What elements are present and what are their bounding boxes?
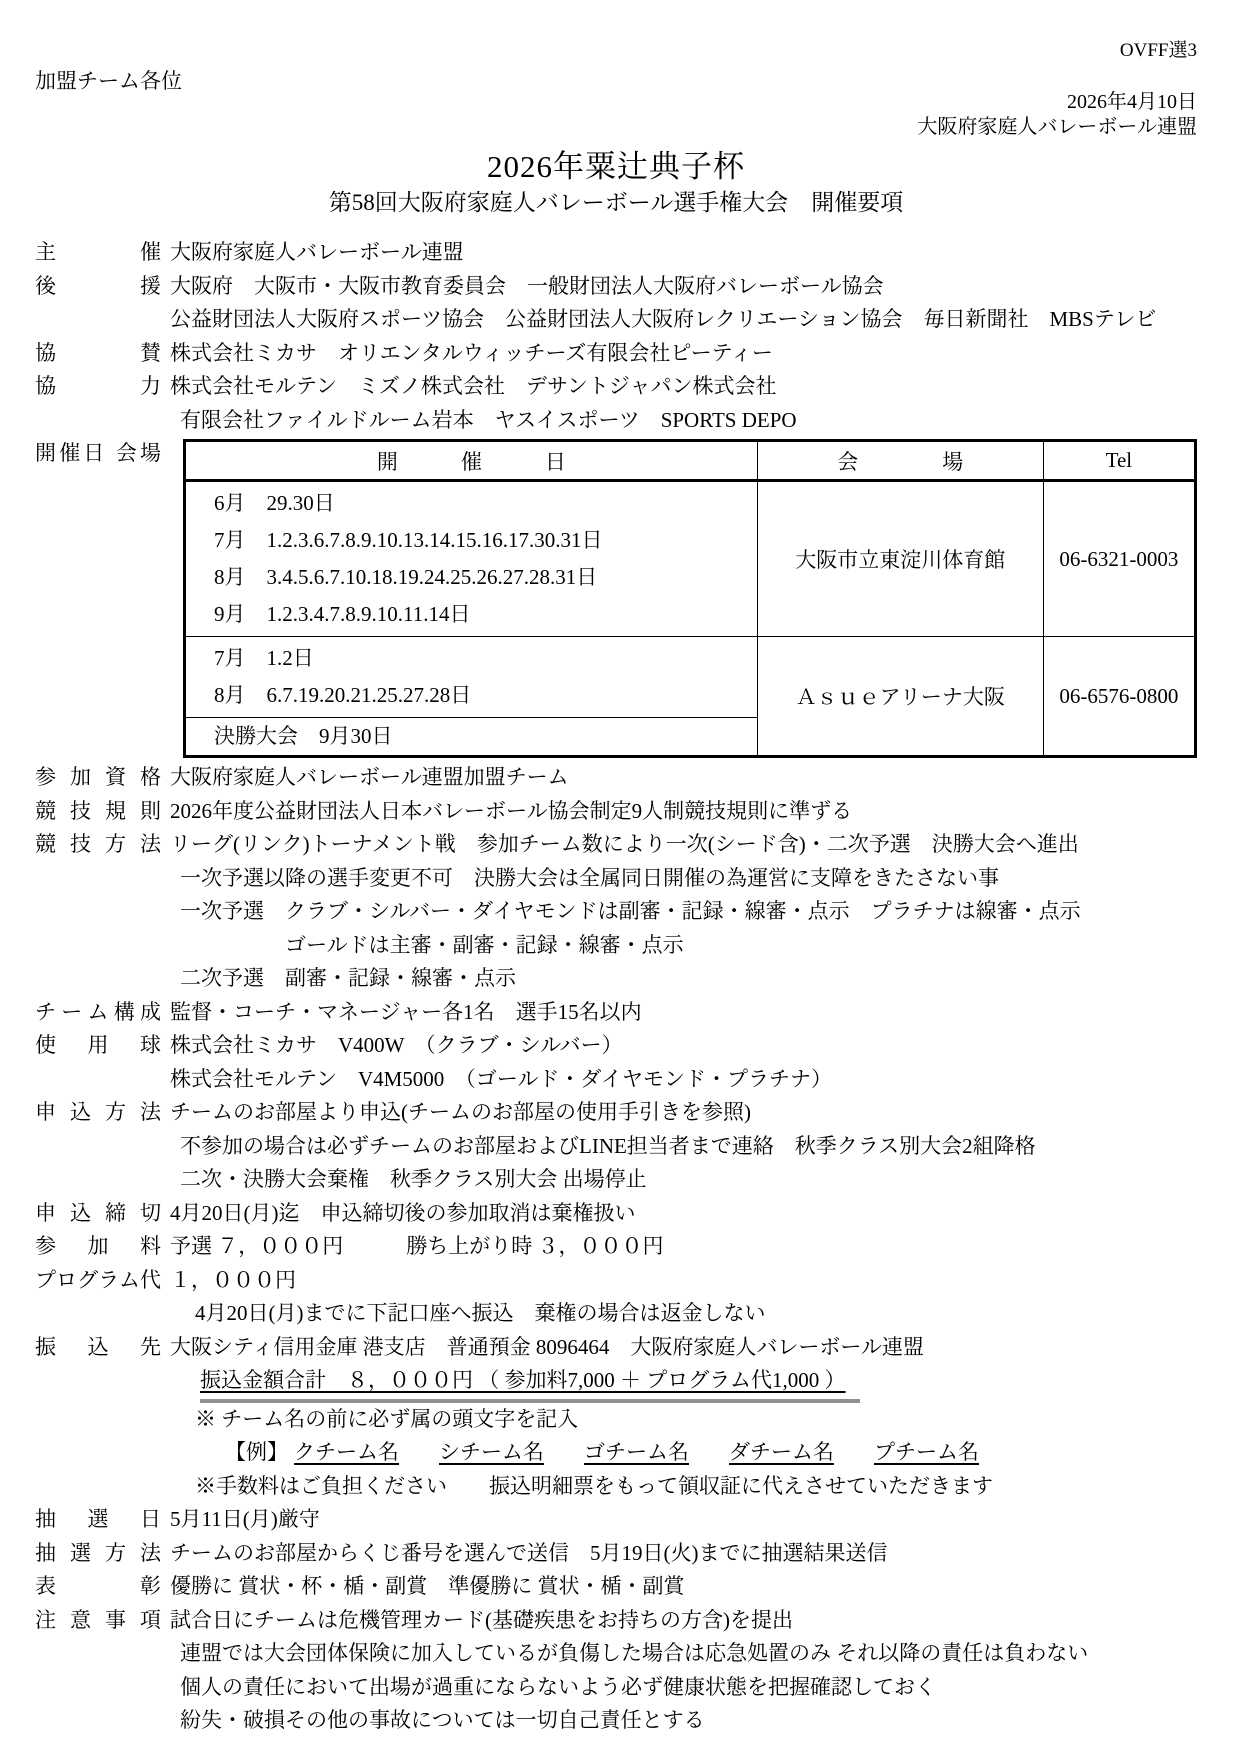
transfer-name-examples: 【例】クチーム名シチーム名ゴチーム名ダチーム名プチーム名 (170, 1436, 1197, 1470)
section-label: 振込先 (35, 1331, 161, 1365)
section-label: 競技方法 (35, 828, 161, 862)
issuing-organization: 大阪府家庭人バレーボール連盟 (35, 115, 1197, 140)
section-lottery-date: 抽選日 5月11日(月)厳守 (35, 1503, 1197, 1537)
schedule-venue: Ａｓｕｅアリーナ大阪 (757, 637, 1043, 757)
section-label: 競技規則 (35, 795, 161, 829)
section-label: 表彰 (35, 1570, 161, 1604)
section-line: 一次予選 クラブ・シルバー・ダイヤモンドは副審・記録・線審・点示 プラチナは線審… (170, 895, 1197, 929)
document-page: OVFF選3 加盟チーム各位 2026年4月10日 大阪府家庭人バレーボール連盟… (0, 0, 1241, 1738)
transfer-account: 大阪シティ信用金庫 港支店 普通預金 8096464 大阪府家庭人バレーボール連… (170, 1331, 1197, 1365)
section-label: 注意事項 (35, 1604, 161, 1638)
schedule-table: 開 催 日 会 場 Tel 6月 29.30日 7月 1.2.3.6.7.8.9… (183, 439, 1197, 758)
transfer-total: 振込金額合計 ８，０００円 （ 参加料7,000 ＋ プログラム代1,000 ） (170, 1364, 1197, 1403)
section-line: 不参加の場合は必ずチームのお部屋およびLINE担当者まで連絡 秋季クラス別大会2… (170, 1130, 1197, 1164)
section-label: プログラム代 (35, 1264, 161, 1298)
section-host: 主催 大阪府家庭人バレーボール連盟 (35, 236, 1197, 270)
section-line: 個人の責任において出場が過重にならないよう必ず健康状態を把握確認しておく (170, 1671, 1197, 1705)
section-line: 株式会社モルテン ミズノ株式会社 デサントジャパン株式会社 (170, 370, 1197, 404)
section-cooperation: 協力 株式会社モルテン ミズノ株式会社 デサントジャパン株式会社 有限会社ファイ… (35, 370, 1197, 437)
example-item: ゴチーム名 (584, 1440, 689, 1464)
section-line: 監督・コーチ・マネージャー各1名 選手15名以内 (170, 996, 1197, 1030)
section-line: チームのお部屋より申込(チームのお部屋の使用手引きを参照) (170, 1096, 1197, 1130)
section-schedule: 開催日 会場 開 催 日 会 場 Tel 6月 29.30日 7月 1.2.3.… (35, 437, 1197, 761)
section-label: 参加料 (35, 1230, 161, 1264)
section-line: 株式会社モルテン V4M5000 （ゴールド・ダイヤモンド・プラチナ） (170, 1063, 1197, 1097)
section-line: リーグ(リンク)トーナメント戦 参加チーム数により一次(シード含)・二次予選 決… (170, 828, 1197, 862)
section-line: 連盟では大会団体保険に加入しているが負傷した場合は応急処置のみ それ以降の責任は… (170, 1637, 1197, 1671)
section-line: 一次予選以降の選手変更不可 決勝大会は全属同日開催の為運営に支障をきたさない事 (170, 862, 1197, 896)
section-label: 参加資格 (35, 761, 161, 795)
section-support: 後援 大阪府 大阪市・大阪市教育委員会 一般財団法人大阪府バレーボール協会 公益… (35, 270, 1197, 337)
section-line: 大阪府家庭人バレーボール連盟 (170, 236, 1197, 270)
section-bank-transfer: 振込先 大阪シティ信用金庫 港支店 普通預金 8096464 大阪府家庭人バレー… (35, 1331, 1197, 1504)
section-line: 大阪府家庭人バレーボール連盟加盟チーム (170, 761, 1197, 795)
section-line: 株式会社ミカサ V400W （クラブ・シルバー） (170, 1029, 1197, 1063)
schedule-tel: 06-6321-0003 (1043, 481, 1195, 637)
section-line: 大阪府 大阪市・大阪市教育委員会 一般財団法人大阪府バレーボール協会 (170, 270, 1197, 304)
section-application: 申込方法 チームのお部屋より申込(チームのお部屋の使用手引きを参照) 不参加の場… (35, 1096, 1197, 1197)
section-line: 試合日にチームは危機管理カード(基礎疾患をお持ちの方含)を提出 (170, 1604, 1197, 1638)
document-title: 2026年粟辻典子杯 (35, 148, 1197, 186)
schedule-dates: 6月 29.30日 7月 1.2.3.6.7.8.9.10.13.14.15.1… (185, 481, 758, 637)
example-label: 【例】 (225, 1440, 288, 1464)
section-line: チームのお部屋からくじ番号を選んで送信 5月19日(火)までに抽選結果送信 (170, 1537, 1197, 1571)
section-label: 協力 (35, 370, 161, 404)
transfer-total-text: 振込金額合計 ８，０００円 （ 参加料7,000 ＋ プログラム代1,000 ） (200, 1364, 860, 1403)
section-label: 主催 (35, 236, 161, 270)
section-label: 申込締切 (35, 1197, 161, 1231)
section-sponsor: 協賛 株式会社ミカサ オリエンタルウィッチーズ有限会社ピーティー (35, 337, 1197, 371)
example-item: ダチーム名 (729, 1440, 834, 1464)
section-line: 4月20日(月)までに下記口座へ振込 棄権の場合は返金しない (170, 1297, 1197, 1331)
document-subtitle: 第58回大阪府家庭人バレーボール選手権大会 開催要項 (35, 188, 1197, 218)
section-label: 協賛 (35, 337, 161, 371)
section-line: ゴールドは主審・副審・記録・線審・点示 (170, 929, 1197, 963)
issue-date: 2026年4月10日 (35, 90, 1197, 115)
example-item: シチーム名 (439, 1440, 544, 1464)
schedule-date-line: 6月 29.30日 (214, 485, 757, 522)
column-header-venue: 会 場 (757, 441, 1043, 481)
section-line: １，０００円 (170, 1264, 1197, 1298)
schedule-date-line: 8月 3.4.5.6.7.10.18.19.24.25.26.27.28.31日 (214, 559, 757, 596)
section-awards: 表彰 優勝に 賞状・杯・楯・副賞 準優勝に 賞状・楯・副賞 (35, 1570, 1197, 1604)
section-rules: 競技規則 2026年度公益財団法人日本バレーボール協会制定9人制競技規則に準ずる (35, 795, 1197, 829)
section-entry-fee: 参加料 予選 ７，０００円 勝ち上がり時 ３，０００円 (35, 1230, 1197, 1264)
section-line: 公益財団法人大阪府スポーツ協会 公益財団法人大阪府レクリエーション協会 毎日新聞… (170, 303, 1197, 337)
schedule-final: 決勝大会 9月30日 (185, 718, 758, 757)
section-line: 二次予選 副審・記録・線審・点示 (170, 962, 1197, 996)
section-deadline: 申込締切 4月20日(月)迄 申込締切後の参加取消は棄権扱い (35, 1197, 1197, 1231)
transfer-fee-note: ※手数料はご負担ください 振込明細票をもって領収証に代えさせていただきます (170, 1470, 1197, 1504)
section-line: 4月20日(月)迄 申込締切後の参加取消は棄権扱い (170, 1197, 1197, 1231)
schedule-date-line: 7月 1.2日 (214, 640, 757, 677)
section-eligibility: 参加資格 大阪府家庭人バレーボール連盟加盟チーム (35, 761, 1197, 795)
column-header-date: 開 催 日 (185, 441, 758, 481)
issue-block: 2026年4月10日 大阪府家庭人バレーボール連盟 (35, 90, 1197, 140)
section-line: 5月11日(月)厳守 (170, 1503, 1197, 1537)
document-body: 主催 大阪府家庭人バレーボール連盟 後援 大阪府 大阪市・大阪市教育委員会 一般… (35, 236, 1197, 1738)
section-line: 二次・決勝大会棄権 秋季クラス別大会 出場停止 (170, 1163, 1197, 1197)
schedule-venue: 大阪市立東淀川体育館 (757, 481, 1043, 637)
transfer-note: ※ チーム名の前に必ず属の頭文字を記入 (170, 1403, 1197, 1437)
section-line: 株式会社ミカサ オリエンタルウィッチーズ有限会社ピーティー (170, 337, 1197, 371)
schedule-header-row: 開 催 日 会 場 Tel (185, 441, 1196, 481)
section-line: 紛失・破損その他の事故については一切自己責任とする (170, 1704, 1197, 1738)
schedule-tel: 06-6576-0800 (1043, 637, 1195, 757)
example-item: クチーム名 (294, 1440, 399, 1464)
section-label: 抽選日 (35, 1503, 161, 1537)
section-label: 抽選方法 (35, 1537, 161, 1571)
section-method: 競技方法 リーグ(リンク)トーナメント戦 参加チーム数により一次(シード含)・二… (35, 828, 1197, 996)
section-line: 有限会社ファイルドルーム岩本 ヤスイスポーツ SPORTS DEPO (170, 404, 1197, 438)
section-line: 優勝に 賞状・杯・楯・副賞 準優勝に 賞状・楯・副賞 (170, 1570, 1197, 1604)
section-label: 後援 (35, 270, 161, 304)
schedule-row-2: 7月 1.2日 8月 6.7.19.20.21.25.27.28日 Ａｓｕｅアリ… (185, 637, 1196, 718)
section-line: 2026年度公益財団法人日本バレーボール協会制定9人制競技規則に準ずる (170, 795, 1197, 829)
section-label: 使用球 (35, 1029, 161, 1063)
schedule-date-line: 8月 6.7.19.20.21.25.27.28日 (214, 677, 757, 714)
section-label: 申込方法 (35, 1096, 161, 1130)
section-ball: 使用球 株式会社ミカサ V400W （クラブ・シルバー） 株式会社モルテン V4… (35, 1029, 1197, 1096)
schedule-date-line: 7月 1.2.3.6.7.8.9.10.13.14.15.16.17.30.31… (214, 522, 757, 559)
section-program-fee: プログラム代 １，０００円 4月20日(月)までに下記口座へ振込 棄権の場合は返… (35, 1264, 1197, 1331)
schedule-date-line: 9月 1.2.3.4.7.8.9.10.11.14日 (214, 596, 757, 633)
section-label: チーム構成 (35, 996, 161, 1030)
section-notes: 注意事項 試合日にチームは危機管理カード(基礎疾患をお持ちの方含)を提出 連盟で… (35, 1604, 1197, 1738)
example-item: プチーム名 (874, 1440, 979, 1464)
schedule-row-1: 6月 29.30日 7月 1.2.3.6.7.8.9.10.13.14.15.1… (185, 481, 1196, 637)
schedule-dates: 7月 1.2日 8月 6.7.19.20.21.25.27.28日 (185, 637, 758, 718)
column-header-tel: Tel (1043, 441, 1195, 481)
section-label: 開催日 会場 (35, 437, 161, 471)
section-line: 予選 ７，０００円 勝ち上がり時 ３，０００円 (170, 1230, 1197, 1264)
section-team-composition: チーム構成 監督・コーチ・マネージャー各1名 選手15名以内 (35, 996, 1197, 1030)
section-lottery-method: 抽選方法 チームのお部屋からくじ番号を選んで送信 5月19日(火)までに抽選結果… (35, 1537, 1197, 1571)
doc-code: OVFF選3 (35, 40, 1197, 62)
